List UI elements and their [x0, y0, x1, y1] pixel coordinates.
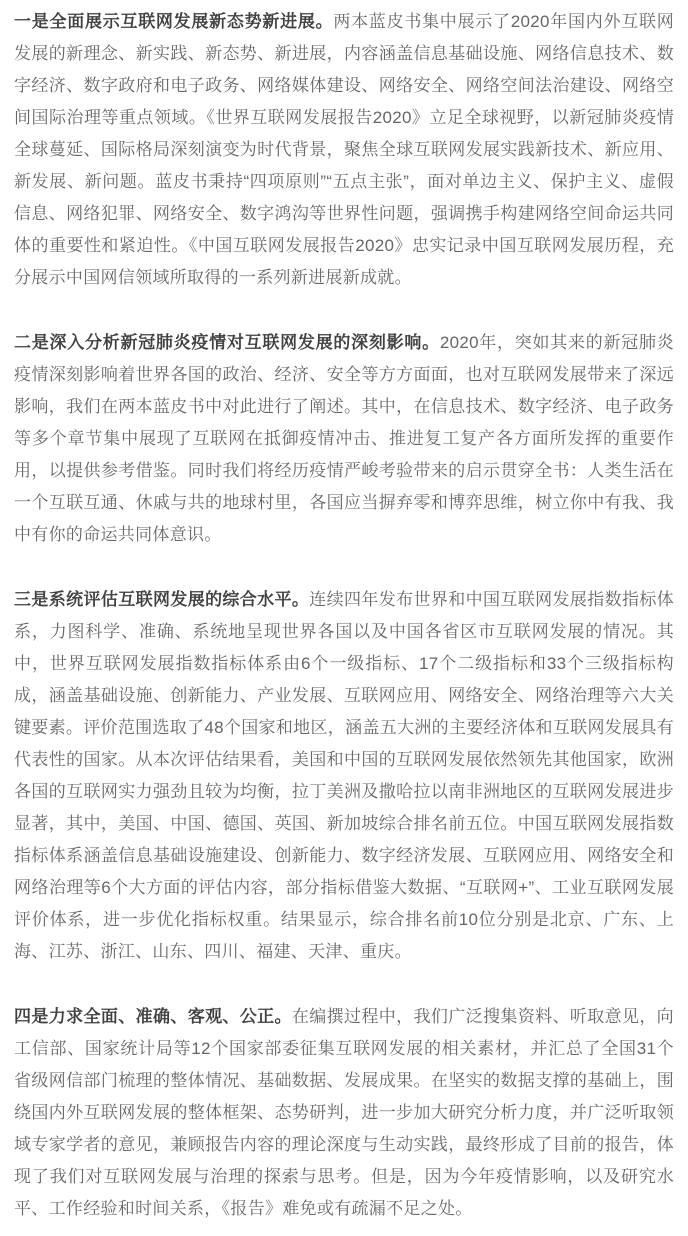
paragraph-4: 四是力求全面、准确、客观、公正。在编撰过程中，我们广泛搜集资料、听取意见，向工信…: [14, 1001, 674, 1225]
paragraph-4-lead: 四是力求全面、准确、客观、公正。: [14, 1007, 292, 1026]
paragraph-2-lead: 二是深入分析新冠肺炎疫情对互联网发展的深刻影响。: [14, 333, 440, 352]
paragraph-3: 三是系统评估互联网发展的综合水平。连续四年发布世界和中国互联网发展指数指标体系，…: [14, 584, 674, 968]
paragraph-4-body: 在编撰过程中，我们广泛搜集资料、听取意见，向工信部、国家统计局等12个国家部委征…: [14, 1007, 674, 1218]
paragraph-1-body: 两本蓝皮书集中展示了2020年国内外互联网发展的新理念、新实践、新态势、新进展，…: [14, 12, 674, 287]
paragraph-3-body: 连续四年发布世界和中国互联网发展指数指标体系，力图科学、准确、系统地呈现世界各国…: [14, 590, 674, 961]
paragraph-2: 二是深入分析新冠肺炎疫情对互联网发展的深刻影响。2020年，突如其来的新冠肺炎疫…: [14, 327, 674, 551]
article-body: 一是全面展示互联网发展新态势新进展。两本蓝皮书集中展示了2020年国内外互联网发…: [0, 0, 688, 1235]
paragraph-1-lead: 一是全面展示互联网发展新态势新进展。: [14, 12, 333, 31]
paragraph-3-lead: 三是系统评估互联网发展的综合水平。: [14, 590, 309, 609]
paragraph-1: 一是全面展示互联网发展新态势新进展。两本蓝皮书集中展示了2020年国内外互联网发…: [14, 6, 674, 294]
paragraph-2-body: 2020年，突如其来的新冠肺炎疫情深刻影响着世界各国的政治、经济、安全等方方面面…: [14, 333, 674, 544]
